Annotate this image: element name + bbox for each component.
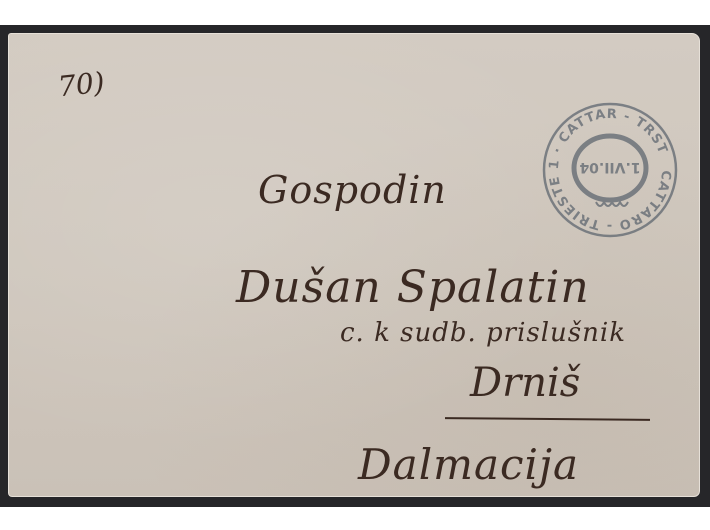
address-name: Dušan Spalatin bbox=[236, 262, 590, 313]
address-title: c. k sudb. prislušnik bbox=[340, 318, 626, 348]
reference-number: 70) bbox=[56, 66, 106, 104]
postmark-date: 1.VII.04 bbox=[579, 159, 640, 175]
address-town: Drniš bbox=[470, 360, 580, 406]
postmark-stamp: CATTARO - TRIESTE 1 · CATTAR - TRST 1.VI… bbox=[540, 100, 680, 240]
address-region: Dalmacija bbox=[358, 440, 579, 489]
postmark-icon: CATTARO - TRIESTE 1 · CATTAR - TRST 1.VI… bbox=[540, 100, 680, 240]
address-salutation: Gospodin bbox=[258, 168, 447, 212]
